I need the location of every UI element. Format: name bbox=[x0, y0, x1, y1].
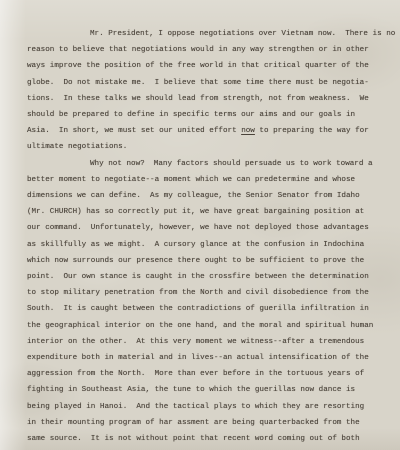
text-line: interior on the other. At this very mome… bbox=[27, 334, 377, 350]
paragraph-2: Why not now? Many factors should persuad… bbox=[27, 156, 377, 448]
text-line: dimensions we can define. As my colleagu… bbox=[27, 188, 377, 204]
text-line: expenditure both in material and in live… bbox=[27, 350, 377, 366]
line-segment: to preparing the way for bbox=[255, 127, 369, 135]
text-line: should be prepared to define in specific… bbox=[27, 107, 377, 123]
text-line: fighting in Southeast Asia, the tune to … bbox=[27, 382, 377, 398]
text-line: same source. It is not without point tha… bbox=[27, 431, 377, 447]
text-line: point. Our own stance is caught in the c… bbox=[27, 269, 377, 285]
text-line: Asia. In short, we must set our united e… bbox=[27, 123, 377, 139]
text-line: tions. In these talks we should lead fro… bbox=[27, 91, 377, 107]
text-line: the geographical interior on the one han… bbox=[27, 318, 377, 334]
text-line: (Mr. CHURCH) has so correctly put it, we… bbox=[27, 204, 377, 220]
text-line: South. It is caught between the contradi… bbox=[27, 301, 377, 317]
text-line: aggression from the North. More than eve… bbox=[27, 366, 377, 382]
document-page: USE OF US ARMS IN SOUTHEAST ASIA Mr. Pre… bbox=[0, 0, 400, 450]
text-line: ways improve the position of the free wo… bbox=[27, 58, 377, 74]
text-line: to stop military penetration from the No… bbox=[27, 285, 377, 301]
line-segment: Asia. In short, we must set our united e… bbox=[27, 127, 241, 135]
paragraph-1: Mr. President, I oppose negotiations ove… bbox=[27, 26, 377, 156]
underlined-word: now bbox=[241, 127, 255, 135]
text-line: Why not now? Many factors should persuad… bbox=[27, 156, 377, 172]
text-line: better moment to negotiate--a moment whi… bbox=[27, 172, 377, 188]
text-line: ultimate negotiations. bbox=[27, 139, 377, 155]
text-line: which now surrounds our presence there o… bbox=[27, 253, 377, 269]
text-line: globe. Do not mistake me. I believe that… bbox=[27, 75, 377, 91]
text-line: Mr. President, I oppose negotiations ove… bbox=[27, 26, 377, 42]
text-line: as skillfully as we might. A cursory gla… bbox=[27, 237, 377, 253]
text-line: reason to believe that negotiations woul… bbox=[27, 42, 377, 58]
clipped-header-title: USE OF US ARMS IN SOUTHEAST ASIA bbox=[0, 0, 400, 3]
document-body: Mr. President, I oppose negotiations ove… bbox=[27, 26, 377, 447]
text-line: in their mounting program of har assment… bbox=[27, 415, 377, 431]
text-line: being played in Hanoi. And the tactical … bbox=[27, 399, 377, 415]
text-line: our command. Unfortunately, however, we … bbox=[27, 220, 377, 236]
